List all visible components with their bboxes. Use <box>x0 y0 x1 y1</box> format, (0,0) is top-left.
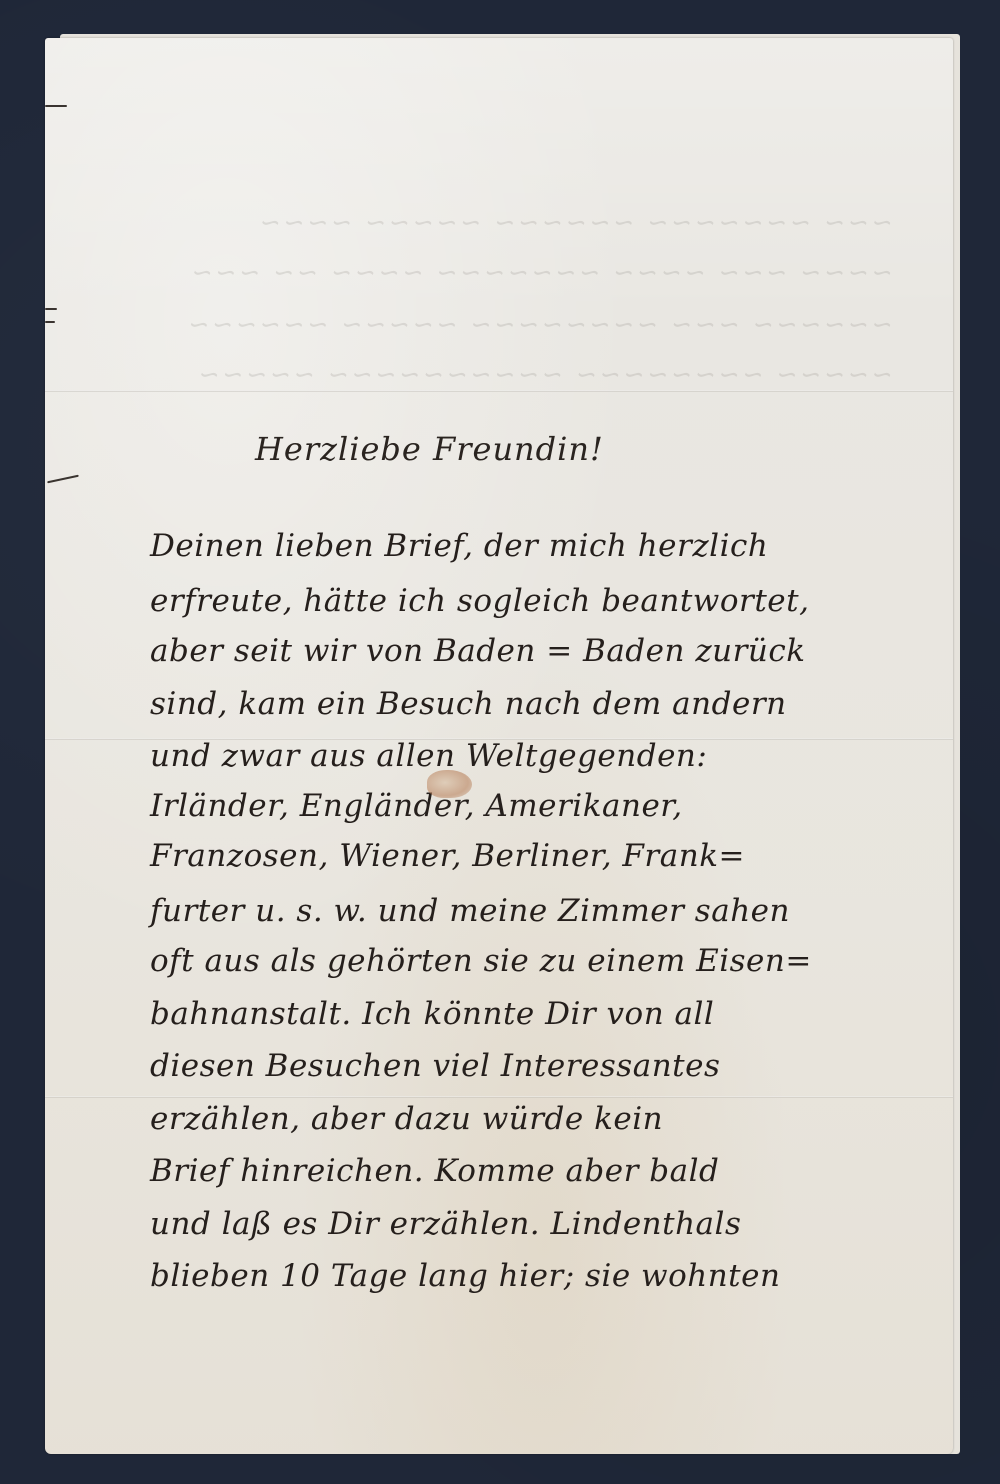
letter-line: erfreute, hätte ich sogleich beantwortet… <box>150 583 940 619</box>
letter-line: furter u. s. w. und meine Zimmer sahen <box>150 893 940 929</box>
letter-line: und laß es Dir erzählen. Lindenthals <box>150 1206 940 1242</box>
edge-ink-mark <box>47 475 79 484</box>
letter-line: Brief hinreichen. Komme aber bald <box>150 1153 940 1189</box>
letter-line: Deinen lieben Brief, der mich herzlich <box>150 528 940 564</box>
letter-line: diesen Besuchen viel Interessantes <box>150 1048 940 1084</box>
fold-line <box>45 1096 953 1098</box>
ink-stain <box>427 770 472 798</box>
reverse-showthrough: ~~~~ ~~~ ~~~~ ~~~~~~~ ~~~~ ~~ ~~~ <box>78 258 900 288</box>
letter-line: Franzosen, Wiener, Berliner, Frank= <box>150 838 940 874</box>
fold-line <box>45 390 953 392</box>
edge-ink-mark <box>45 308 57 310</box>
reverse-showthrough: ~~~~~ ~~~~~~~~ ~~~~~~~~~~ ~~~~~ <box>78 360 900 390</box>
letter-line: aber seit wir von Baden = Baden zurück <box>150 633 940 669</box>
letter-line: erzählen, aber dazu würde kein <box>150 1101 940 1137</box>
letter-line: Irländer, Engländer, Amerikaner, <box>150 788 940 824</box>
letter-line: und zwar aus allen Weltgegenden: <box>150 738 940 774</box>
letter-line: bahnanstalt. Ich könnte Dir von all <box>150 996 940 1032</box>
letter-salutation: Herzliebe Freundin! <box>255 430 604 468</box>
letter-page: ~~~ ~~~~~~~ ~~~~~~ ~~~~~ ~~~~ ~~~~ ~~~ ~… <box>45 38 953 1454</box>
reverse-showthrough: ~~~ ~~~~~~~ ~~~~~~ ~~~~~ ~~~~ <box>78 208 900 238</box>
edge-ink-mark <box>45 105 67 107</box>
edge-ink-mark <box>45 321 55 323</box>
letter-line: oft aus als gehörten sie zu einem Eisen= <box>150 943 940 979</box>
reverse-showthrough: ~~~~~~ ~~~ ~~~~~~~~ ~~~~~ ~~~~~~ <box>78 310 900 340</box>
letter-line: sind, kam ein Besuch nach dem andern <box>150 686 940 722</box>
letter-line: blieben 10 Tage lang hier; sie wohnten <box>150 1258 940 1294</box>
